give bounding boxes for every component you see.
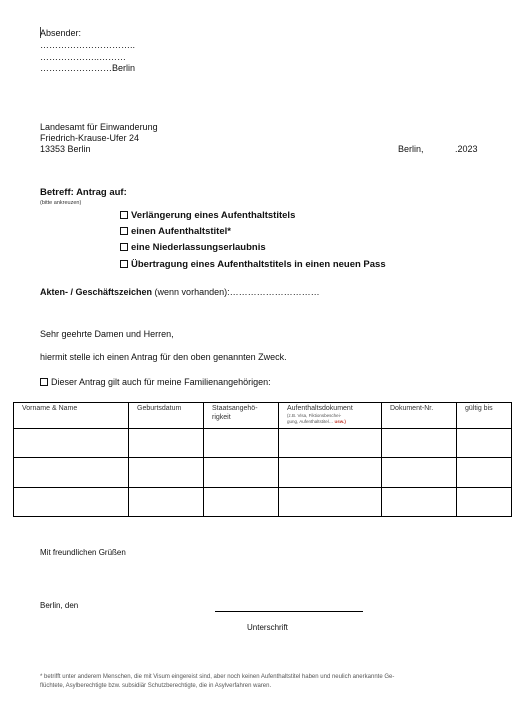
footnote-line-2: flüchtete, Asylberechtigte bzw. subsidiä… <box>40 682 490 691</box>
cell-document-number[interactable] <box>382 488 457 517</box>
sender-city: Berlin <box>112 63 135 73</box>
signature-label: Unterschrift <box>247 623 288 633</box>
sender-line-3[interactable]: ……………………Berlin <box>40 63 135 74</box>
recipient-street: Friedrich-Krause-Ufer 24 <box>40 133 139 144</box>
header-valid-until: gültig bis <box>457 403 512 429</box>
cell-name[interactable] <box>14 429 129 458</box>
cell-nationality[interactable] <box>204 458 279 488</box>
reference-hint: (wenn vorhanden):………………………… <box>152 287 320 297</box>
checkbox-icon[interactable] <box>120 243 128 251</box>
sender-line-2[interactable]: ………………..……… <box>40 52 126 63</box>
cell-valid-until[interactable] <box>457 458 512 488</box>
cell-document-number[interactable] <box>382 429 457 458</box>
sender-line-1[interactable]: ………………………….. <box>40 40 135 51</box>
cell-document-number[interactable] <box>382 458 457 488</box>
family-checkbox-label: Dieser Antrag gilt auch für meine Famili… <box>51 377 271 387</box>
recipient-city: 13353 Berlin <box>40 144 91 155</box>
cell-nationality[interactable] <box>204 429 279 458</box>
header-birthdate: Geburtsdatum <box>129 403 204 429</box>
recipient-name: Landesamt für Einwanderung <box>40 122 158 133</box>
reference-field[interactable]: Akten- / Geschäftszeichen (wenn vorhande… <box>40 287 320 298</box>
closing-greeting: Mit freundlichen Grüßen <box>40 548 126 558</box>
cell-residence-document[interactable] <box>279 458 382 488</box>
option-settlement-permit[interactable]: eine Niederlassungserlaubnis <box>120 242 266 254</box>
family-members-table: Vorname & Name Geburtsdatum Staatsangehö… <box>13 402 512 517</box>
signature-line[interactable] <box>215 611 363 612</box>
subject-title: Betreff: Antrag auf: <box>40 187 127 199</box>
option-transfer-passport[interactable]: Übertragung eines Aufenthaltstitels in e… <box>120 259 386 271</box>
option-label: Verlängerung eines Aufenthaltstitels <box>131 210 295 221</box>
cell-birthdate[interactable] <box>129 458 204 488</box>
header-residence-document: Aufenthaltsdokument (z.B. Visa, Fiktions… <box>279 403 382 429</box>
cell-residence-document[interactable] <box>279 488 382 517</box>
footnote-line-1: * betrifft unter anderem Menschen, die m… <box>40 673 490 682</box>
table-row <box>14 488 512 517</box>
salutation: Sehr geehrte Damen und Herren, <box>40 329 174 340</box>
cell-birthdate[interactable] <box>129 488 204 517</box>
header-nationality: Staatsangehö-rigkeit <box>204 403 279 429</box>
subject-hint: (bitte ankreuzen) <box>40 200 81 207</box>
closing-place-date[interactable]: Berlin, den <box>40 601 78 611</box>
option-extension[interactable]: Verlängerung eines Aufenthaltstitels <box>120 210 295 222</box>
checkbox-icon[interactable] <box>40 378 48 386</box>
table-header-row: Vorname & Name Geburtsdatum Staatsangehö… <box>14 403 512 429</box>
checkbox-icon[interactable] <box>120 211 128 219</box>
date-place: Berlin, <box>398 144 424 155</box>
option-label: Übertragung eines Aufenthaltstitels in e… <box>131 259 386 270</box>
request-sentence: hiermit stelle ich einen Antrag für den … <box>40 352 287 363</box>
cell-name[interactable] <box>14 458 129 488</box>
option-label: eine Niederlassungserlaubnis <box>131 242 266 253</box>
checkbox-icon[interactable] <box>120 227 128 235</box>
checkbox-icon[interactable] <box>120 260 128 268</box>
header-document-number: Dokument-Nr. <box>382 403 457 429</box>
sender-line-3-dots: …………………… <box>40 63 112 73</box>
date-year[interactable]: .2023 <box>455 144 478 155</box>
table-row <box>14 429 512 458</box>
reference-label: Akten- / Geschäftszeichen <box>40 287 152 297</box>
option-label: einen Aufenthaltstitel* <box>131 226 231 237</box>
table-row <box>14 458 512 488</box>
cell-nationality[interactable] <box>204 488 279 517</box>
header-name: Vorname & Name <box>14 403 129 429</box>
cell-valid-until[interactable] <box>457 429 512 458</box>
cell-name[interactable] <box>14 488 129 517</box>
footnote: * betrifft unter anderem Menschen, die m… <box>40 673 490 691</box>
cell-residence-document[interactable] <box>279 429 382 458</box>
sender-label: Absender: <box>40 28 81 39</box>
family-checkbox-row[interactable]: Dieser Antrag gilt auch für meine Famili… <box>40 377 271 388</box>
cell-birthdate[interactable] <box>129 429 204 458</box>
cell-valid-until[interactable] <box>457 488 512 517</box>
option-residence-permit[interactable]: einen Aufenthaltstitel* <box>120 226 231 238</box>
